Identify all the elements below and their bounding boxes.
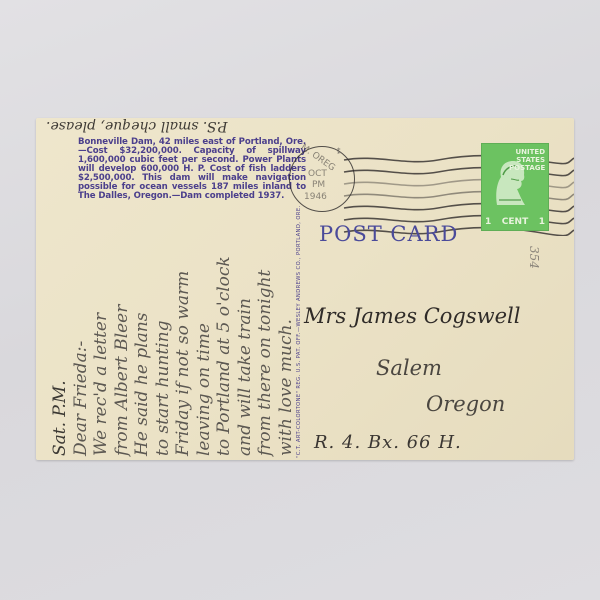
message-line: He said he plans (132, 126, 153, 456)
message-line: with love much. (276, 126, 297, 456)
inventory-pencil-mark: 354 (527, 246, 541, 269)
recipient-city: Salem (376, 356, 442, 380)
message-line: Dear Frieda:- (71, 126, 92, 456)
stamp-country-line: UNITED (509, 148, 545, 156)
message-line: from there on tonight (255, 126, 276, 456)
stamp-country: UNITED STATES POSTAGE (509, 148, 545, 172)
post-card-title: POST CARD (319, 222, 458, 246)
message-line: from Albert Bleer (112, 126, 133, 456)
stamp-denom-left: 1 (485, 217, 491, 227)
postcard: P.S. small cheque, please. Bonneville Da… (36, 118, 574, 460)
stamp-denom-right: 1 (539, 217, 545, 227)
message-line: to start hunting (153, 126, 174, 456)
message-line: We rec'd a letter (91, 126, 112, 456)
stamp-denomination: 1 CENT 1 (485, 217, 545, 227)
stamp-denom-word: CENT (502, 217, 528, 227)
recipient-name: Mrs James Cogswell (304, 304, 521, 328)
recipient-state: Oregon (426, 392, 505, 416)
message-line: and will take train (235, 126, 256, 456)
handwritten-message: Sat. P.M. Dear Frieda:- We rec'd a lette… (50, 126, 296, 456)
message-line: leaving on time (194, 126, 215, 456)
message-line: Sat. P.M. (50, 126, 71, 456)
recipient-route: R. 4. Bx. 66 H. (314, 432, 462, 453)
stamp-country-line: STATES (509, 156, 545, 164)
message-line: Friday if not so warm (173, 126, 194, 456)
postmark-year: 1946 (304, 192, 327, 202)
postmark-line3: PM (312, 180, 325, 190)
message-line: to Portland at 5 o'clock (214, 126, 235, 456)
postmark-line2: OCT (308, 169, 327, 179)
postage-stamp: UNITED STATES POSTAGE 1 CENT 1 (481, 143, 549, 231)
stamp-country-line: POSTAGE (509, 164, 545, 172)
